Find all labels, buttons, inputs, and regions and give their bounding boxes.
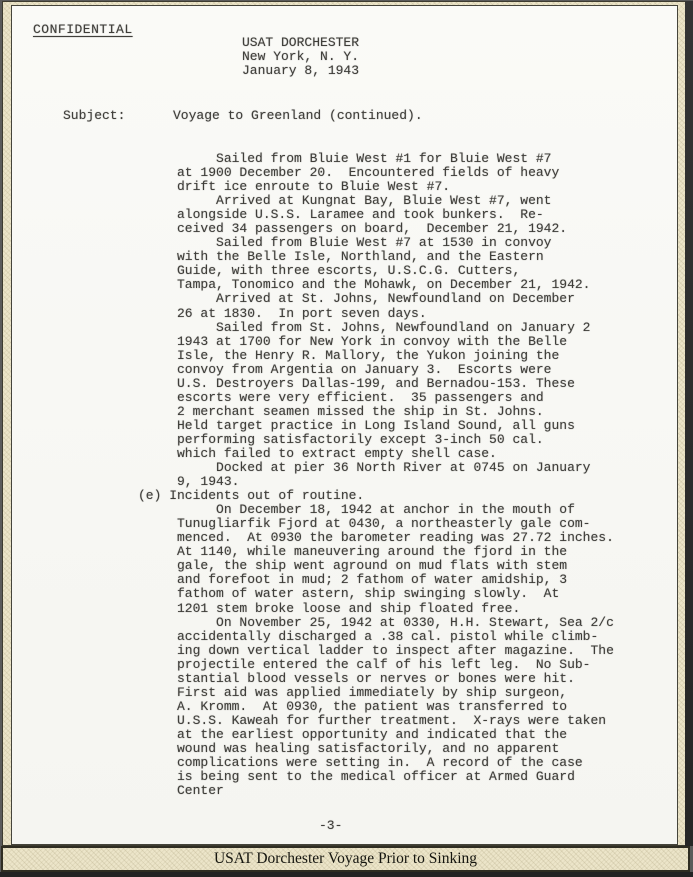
document-page: CONFIDENTIAL USAT DORCHESTER New York, N… (12, 6, 677, 844)
scan-edge-shadow (685, 1, 693, 846)
letterhead: USAT DORCHESTER New York, N. Y. January … (242, 36, 359, 79)
subject-label: Subject: (63, 108, 125, 123)
caption-bar: USAT Dorchester Voyage Prior to Sinking (1, 846, 690, 872)
subject-value: Voyage to Greenland (continued). (173, 108, 423, 123)
body-text: Sailed from Bluie West #1 for Bluie West… (138, 152, 614, 798)
bottom-band (0, 872, 693, 877)
caption-text: USAT Dorchester Voyage Prior to Sinking (214, 850, 477, 867)
classification-stamp: CONFIDENTIAL (33, 22, 133, 37)
scanned-document-view: CONFIDENTIAL USAT DORCHESTER New York, N… (0, 0, 693, 877)
page-number: -3- (319, 818, 342, 833)
